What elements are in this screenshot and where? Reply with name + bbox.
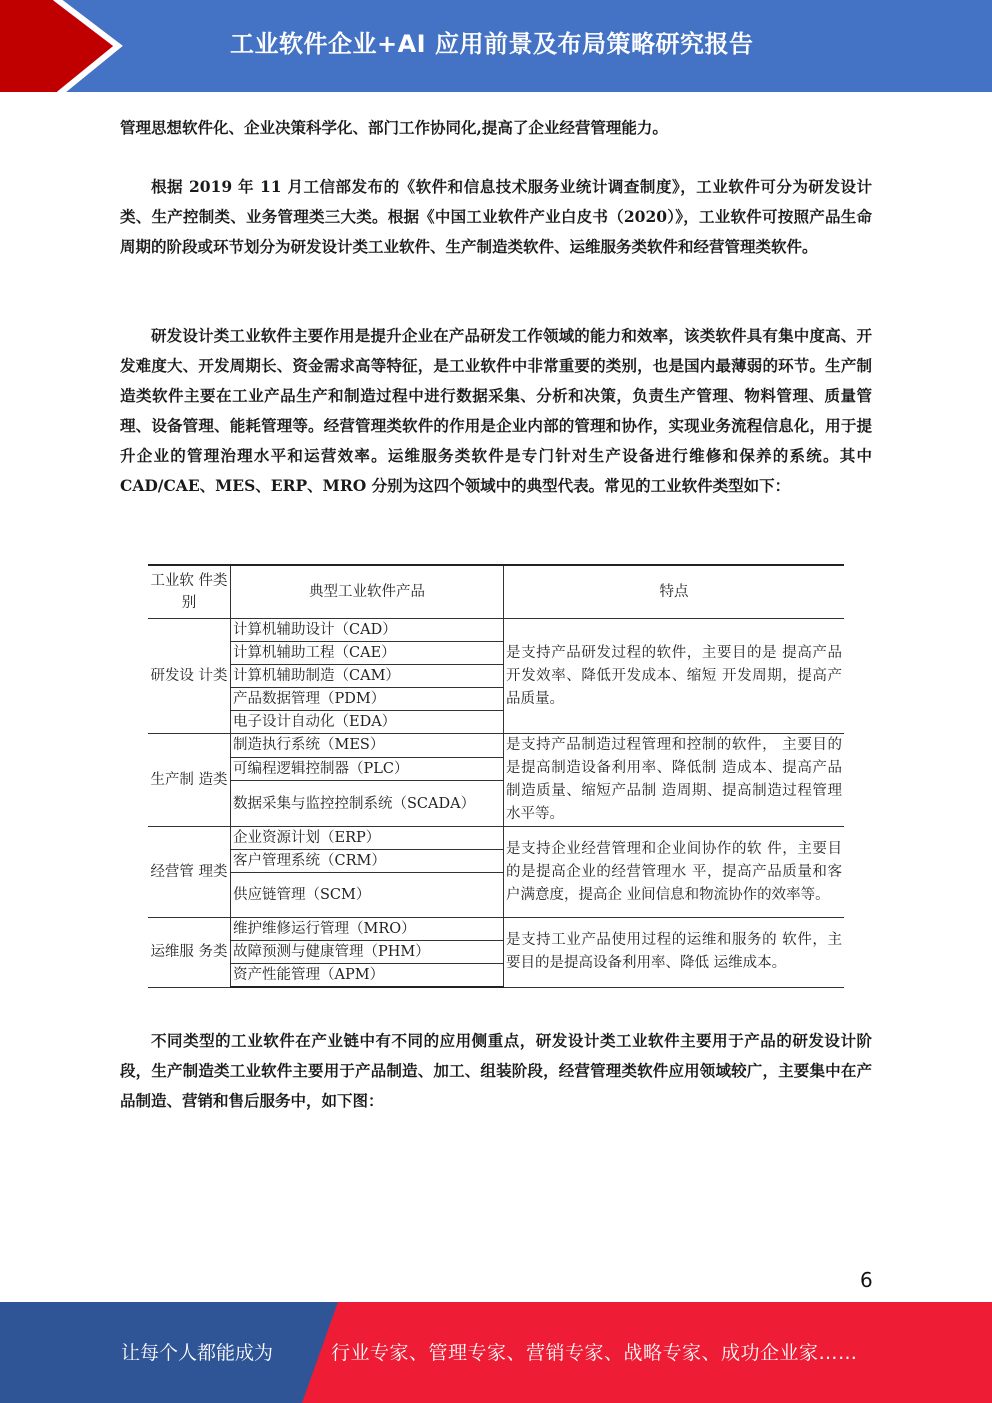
category-cell: 运维服 务类 (148, 918, 231, 988)
header-products: 典型工业软件产品 (231, 565, 504, 619)
chevron-arrow-icon (0, 0, 200, 92)
product-cell: 客户管理系统（CRM） (231, 850, 504, 873)
product-cell: 产品数据管理（PDM） (231, 688, 504, 711)
product-cell: 数据采集与监控控制系统（SCADA） (231, 781, 504, 827)
header-features: 特点 (504, 565, 845, 619)
category-cell: 研发设 计类 (148, 619, 231, 734)
product-cell: 故障预测与健康管理（PHM） (231, 941, 504, 964)
product-cell: 企业资源计划（ERP） (231, 827, 504, 850)
table-row: 经营管 理类 企业资源计划（ERP） 是支持企业经营管理和企业间协作的软 件，主… (148, 827, 844, 850)
table-row: 研发设 计类 计算机辅助设计（CAD） 是支持产品研发过程的软件，主要目的是 提… (148, 619, 844, 642)
product-cell: 计算机辅助工程（CAE） (231, 642, 504, 665)
paragraph-categories: 研发设计类工业软件主要作用是提升企业在产品研发工作领域的能力和效率，该类软件具有… (120, 321, 872, 501)
product-cell: 资产性能管理（APM） (231, 964, 504, 988)
product-cell: 供应链管理（SCM） (231, 873, 504, 918)
table-row: 运维服 务类 维护维修运行管理（MRO） 是支持工业产品使用过程的运维和服务的 … (148, 918, 844, 941)
product-cell: 维护维修运行管理（MRO） (231, 918, 504, 941)
product-cell: 计算机辅助制造（CAM） (231, 665, 504, 688)
software-type-table: 工业软 件类别 典型工业软件产品 特点 研发设 计类 计算机辅助设计（CAD） … (148, 564, 844, 988)
product-cell: 计算机辅助设计（CAD） (231, 619, 504, 642)
product-cell: 可编程逻辑控制器（PLC） (231, 757, 504, 781)
page-number: 6 (860, 1268, 873, 1292)
feature-cell: 是支持工业产品使用过程的运维和服务的 软件，主要目的是提高设备利用率、降低 运维… (504, 918, 845, 988)
footer-slogan-left: 让每个人都能成为 (121, 1338, 273, 1365)
page-footer: 让每个人都能成为 行业专家、管理专家、营销专家、战略专家、成功企业家…… (0, 1302, 992, 1403)
product-cell: 制造执行系统（MES） (231, 734, 504, 758)
feature-cell: 是支持产品制造过程管理和控制的软件， 主要目的是提高制造设备利用率、降低制 造成… (504, 734, 845, 827)
paragraph-application-focus: 不同类型的工业软件在产业链中有不同的应用侧重点，研发设计类工业软件主要用于产品的… (120, 1026, 872, 1116)
page-header: 工业软件企业+AI 应用前景及布局策略研究报告 (0, 0, 992, 92)
report-title: 工业软件企业+AI 应用前景及布局策略研究报告 (230, 24, 753, 59)
table-header-row: 工业软 件类别 典型工业软件产品 特点 (148, 565, 844, 619)
feature-cell: 是支持产品研发过程的软件，主要目的是 提高产品开发效率、降低开发成本、缩短 开发… (504, 619, 845, 734)
paragraph-intro-continued: 管理思想软件化、企业决策科学化、部门工作协同化,提高了企业经营管理能力。 (120, 113, 872, 143)
product-cell: 电子设计自动化（EDA） (231, 711, 504, 734)
category-cell: 经营管 理类 (148, 827, 231, 918)
table-row: 生产制 造类 制造执行系统（MES） 是支持产品制造过程管理和控制的软件， 主要… (148, 734, 844, 758)
paragraph-classification: 根据 2019 年 11 月工信部发布的《软件和信息技术服务业统计调查制度》，工… (120, 172, 872, 262)
category-cell: 生产制 造类 (148, 734, 231, 827)
footer-slogan-right: 行业专家、管理专家、营销专家、战略专家、成功企业家…… (331, 1338, 858, 1365)
header-category: 工业软 件类别 (148, 565, 231, 619)
feature-cell: 是支持企业经营管理和企业间协作的软 件，主要目的是提高企业的经营管理水 平，提高… (504, 827, 845, 918)
